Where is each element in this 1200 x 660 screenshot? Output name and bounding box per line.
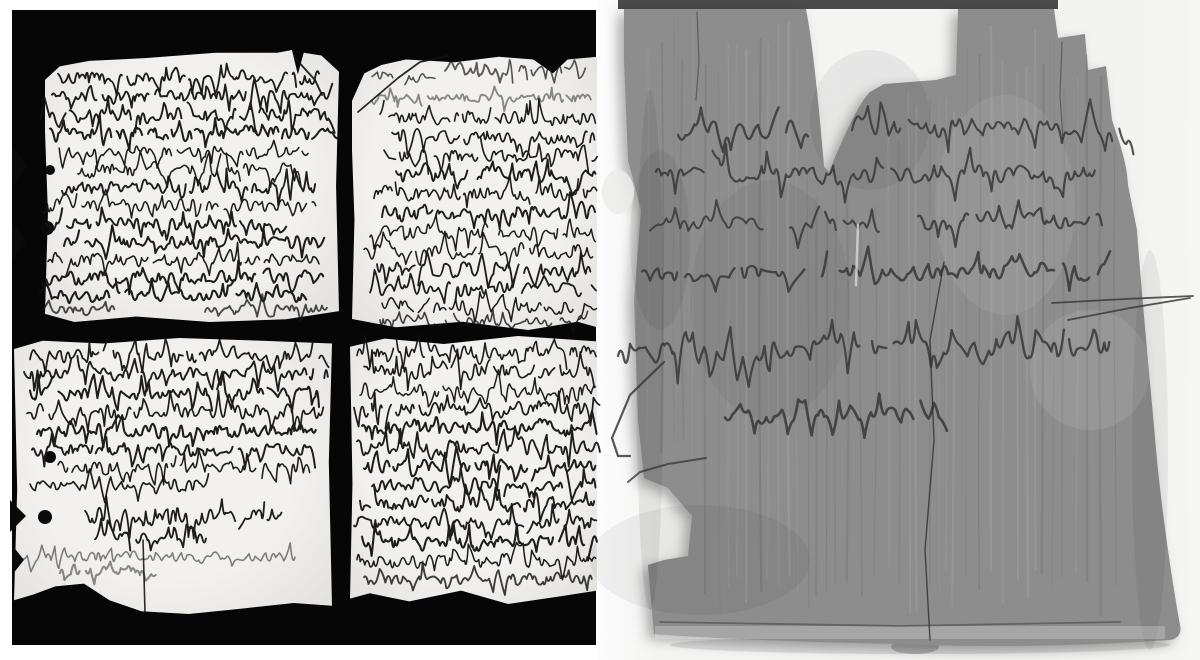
- script-line: [59, 140, 308, 168]
- wood-tone-patch: [1132, 250, 1168, 650]
- script-line: [364, 350, 594, 390]
- right-tablet-bottom-face: [655, 626, 1165, 639]
- bottom-left-tablet-crack: [143, 540, 145, 612]
- script-line: [380, 99, 595, 126]
- tablet-photo-collage: [0, 0, 1200, 660]
- script-line: [58, 450, 310, 485]
- script-line: [30, 337, 329, 373]
- script-line: [42, 190, 316, 220]
- script-line: [85, 496, 282, 539]
- script-line: [40, 97, 335, 133]
- edge-wedge: [12, 222, 26, 262]
- right-tablet-edge-smudge: [602, 170, 634, 214]
- left-photo-handwriting: [22, 60, 600, 595]
- script-line: [372, 86, 591, 111]
- edge-wedge: [12, 146, 28, 186]
- script-line: [380, 309, 588, 333]
- wood-tone-patch: [590, 505, 810, 615]
- binding-hole: [38, 510, 52, 524]
- script-line: [43, 301, 115, 316]
- script-line: [48, 242, 319, 277]
- grain-streak: [898, 143, 899, 584]
- script-line: [354, 504, 596, 540]
- script-line: [354, 391, 600, 428]
- script-line: [445, 60, 503, 82]
- script-line: [505, 60, 585, 83]
- script-line: [22, 543, 295, 572]
- script-line: [382, 290, 597, 323]
- script-line: [357, 335, 596, 369]
- top-right-tablet-corner-crack: [358, 56, 448, 112]
- right-photo-top-strip: [618, 0, 1058, 9]
- binding-hole: [45, 165, 55, 175]
- script-line: [46, 208, 286, 240]
- script-line: [62, 169, 315, 206]
- wood-tone-patch: [1030, 310, 1150, 430]
- top-left-tablet-corner-crack: [295, 58, 322, 95]
- edge-wedge: [12, 545, 24, 575]
- script-line: [32, 434, 315, 468]
- edge-wedge: [10, 500, 26, 532]
- script-line: [60, 562, 156, 585]
- ink-overlay: [0, 0, 1200, 660]
